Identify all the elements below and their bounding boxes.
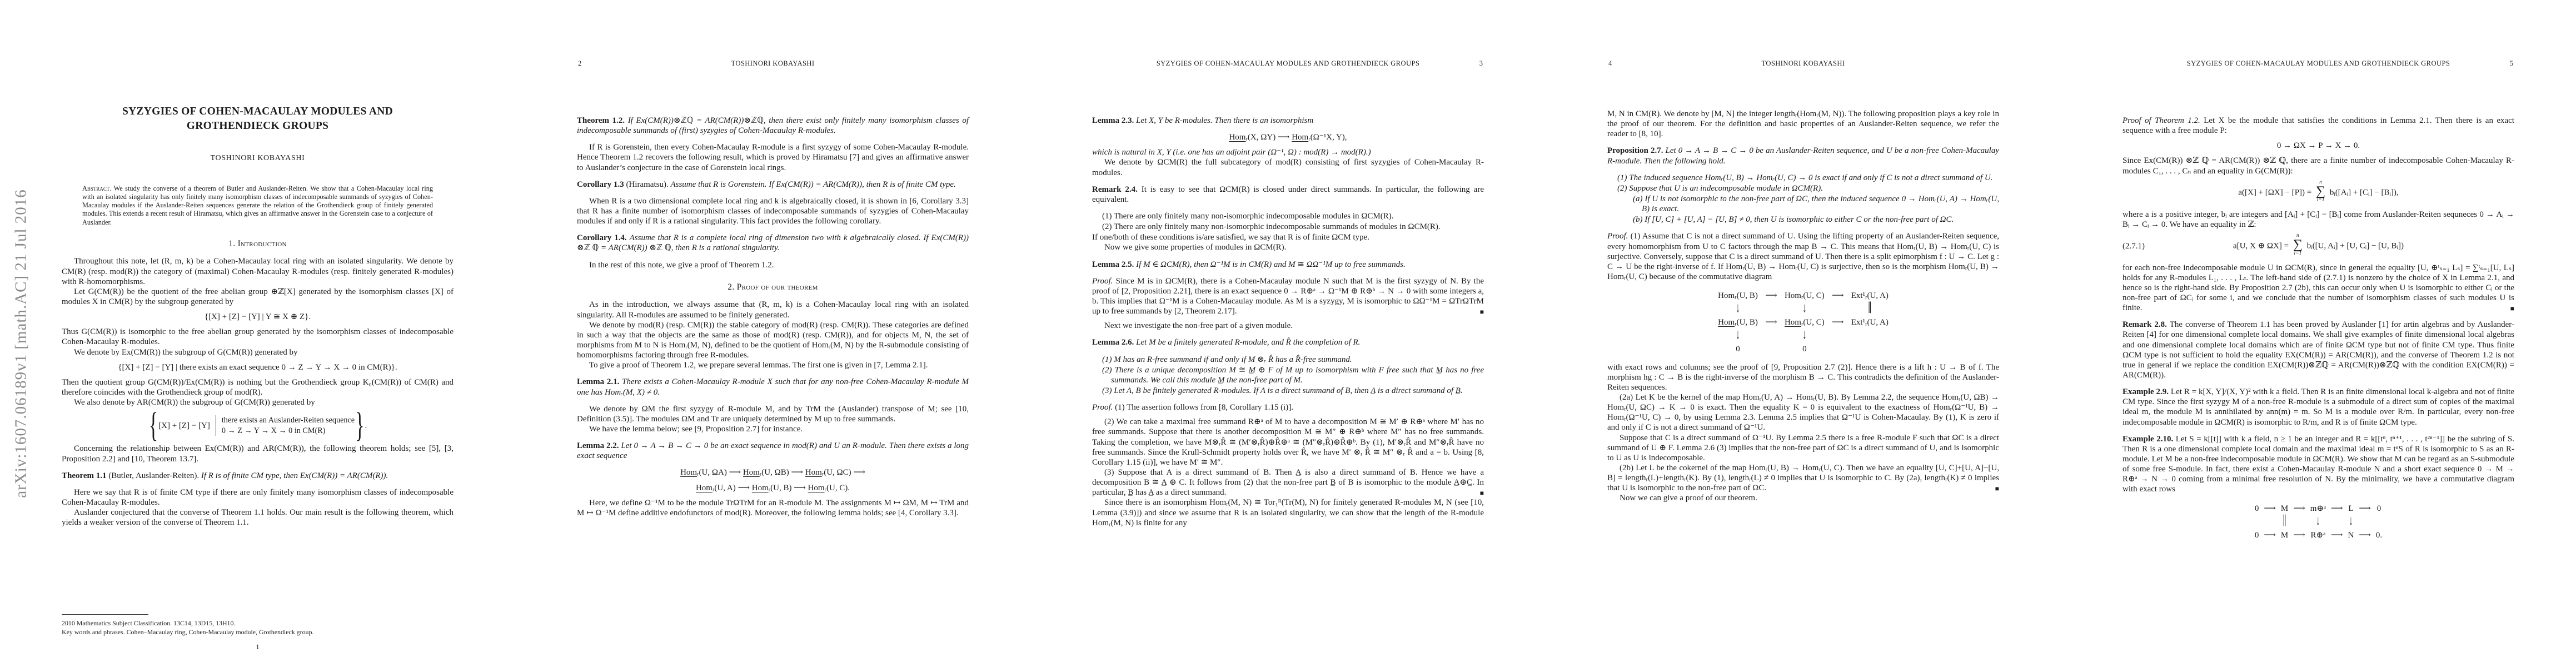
lemma-2-2: Lemma 2.2. Let 0 → A → B → C → 0 be an e… bbox=[577, 441, 969, 461]
proof-2-5: Proof. Since M is in ΩCM(R), there is a … bbox=[1092, 276, 1484, 317]
qed-symbol: ■ bbox=[1983, 485, 1999, 493]
proof-2-7: Proof. (1) Assume that C is not a direct… bbox=[1607, 231, 1999, 282]
lemma-statement: Let M be a finitely generated R-module, … bbox=[1136, 338, 1360, 347]
footnote-msc-codes: 13C14, 13D15, 13H10. bbox=[172, 619, 235, 627]
lemma-2-6: Lemma 2.6. Let M be a finitely generated… bbox=[1092, 337, 1484, 347]
proof-text: (1) Assume that C is not a direct summan… bbox=[1607, 232, 1999, 281]
proof-text: Since M is in ΩCM(R), there is a Cohen-M… bbox=[1092, 277, 1484, 316]
page-3-body: Lemma 2.3. Let X, Y be R-modules. Then t… bbox=[1092, 0, 1484, 528]
commutative-diagram: 0 ⟶ M ⟶ m⊕ᵃ ⟶ L ⟶ 0 ∥ ↓ ↓ 0 ⟶ M bbox=[2122, 504, 2514, 540]
page-5: SYZYGIES OF COHEN-MACAULAY MODULES AND G… bbox=[2061, 0, 2576, 667]
page-2-body: Theorem 1.2. If Ex(CM(R))⊗ℤℚ = AR(CM(R))… bbox=[577, 0, 969, 518]
corollary-label: Corollary 1.3 bbox=[577, 180, 624, 189]
list-item: (2) There is a unique decomposition M ≅ … bbox=[1092, 365, 1484, 385]
proof-paragraph: for each non-free indecomposable module … bbox=[2122, 263, 2514, 313]
right-arrow: ⟶ bbox=[1832, 317, 1844, 327]
list-subitem: (b) If [U, C] + [U, A] − [U, B] ≠ 0, the… bbox=[1607, 215, 1999, 225]
proof-theorem-1-2: Proof of Theorem 1.2. Let X be the modul… bbox=[2122, 116, 2514, 136]
equation-lhs: a([X] + [ΩX] − [P]) = bbox=[2238, 188, 2311, 197]
paragraph: Thus G(CM(R)) is isomorphic to the free … bbox=[62, 327, 454, 347]
proof-label: Proof. bbox=[1092, 403, 1113, 412]
right-arrow: ⟶ bbox=[1765, 317, 1777, 327]
running-header: 4 TOSHINORI KOBAYASHI bbox=[1607, 59, 1999, 69]
page-1-body: SYZYGIES OF COHEN-MACAULAY MODULES AND G… bbox=[62, 0, 454, 527]
display-equation: Homᵣ(X, ΩY) ⟶ Homᵣ(Ω⁻¹X, Y), bbox=[1092, 132, 1484, 142]
running-header: SYZYGIES OF COHEN-MACAULAY MODULES AND G… bbox=[1092, 59, 1484, 69]
paragraph: Throughout this note, let (R, m, k) be a… bbox=[62, 256, 454, 286]
diagram-cell: 0 bbox=[2255, 504, 2259, 514]
sum-lower-limit: i=1 bbox=[2317, 198, 2325, 203]
running-title: SYZYGIES OF COHEN-MACAULAY MODULES AND G… bbox=[1092, 59, 1484, 68]
proof-text: (3) Suppose that A is a direct summand o… bbox=[1092, 468, 1484, 497]
theorem-statement: If Ex(CM(R))⊗ℤℚ = AR(CM(R))⊗ℤℚ, then the… bbox=[577, 116, 969, 135]
equation-period: . bbox=[365, 421, 367, 431]
equation-condition: there exists an Auslander-Reiten sequenc… bbox=[216, 415, 355, 436]
list-item: (1) There are only finitely many non-iso… bbox=[1092, 211, 1484, 221]
section-2-heading: 2. Proof of our theorem bbox=[577, 282, 969, 293]
example-label: Example 2.9. bbox=[2122, 387, 2171, 396]
paragraph: If R is Gorenstein, then every Cohen-Mac… bbox=[577, 142, 969, 172]
running-header: 2 TOSHINORI KOBAYASHI bbox=[577, 59, 969, 69]
lemma-2-3: Lemma 2.3. Let X, Y be R-modules. Then t… bbox=[1092, 116, 1484, 126]
left-brace: { bbox=[148, 405, 158, 447]
remark-label: Remark 2.8. bbox=[2122, 320, 2170, 329]
proof-paragraph: (2b) Let L be the cokernel of the map Ho… bbox=[1607, 463, 1999, 493]
theorem-label: Theorem 1.2. bbox=[577, 116, 628, 125]
page-5-body: Proof of Theorem 1.2. Let X be the modul… bbox=[2122, 0, 2514, 540]
lemma-label: Lemma 2.6. bbox=[1092, 338, 1136, 347]
display-equation: Homᵣ(U, ΩA) ⟶ Homᵣ(U, ΩB) ⟶ Homᵣ(U, ΩC) … bbox=[577, 467, 969, 477]
equals-bar: ∥ bbox=[2283, 509, 2286, 535]
example-2-10: Example 2.10. Let S = k[[t]] with k a fi… bbox=[2122, 434, 2514, 495]
proof-paragraph: with exact rows and columns; see the pro… bbox=[1607, 362, 1999, 392]
proof-paragraph: (3) Suppose that A is a direct summand o… bbox=[1092, 467, 1484, 497]
paper-spread: arXiv:1607.06189v1 [math.AC] 21 Jul 2016… bbox=[0, 0, 2576, 667]
running-title: SYZYGIES OF COHEN-MACAULAY MODULES AND G… bbox=[2122, 59, 2514, 68]
summation: n ∑ i=1 bbox=[2316, 180, 2325, 203]
display-equation: {[X] + [Z] − [Y] | Y ≅ X ⊕ Z}. bbox=[62, 312, 454, 322]
sum-lower-limit: i=1 bbox=[2294, 251, 2302, 257]
qed-symbol: ■ bbox=[2510, 305, 2514, 313]
lemma-statement: If M ∈ ΩCM(R), then Ω⁻¹M is in CM(R) and… bbox=[1136, 260, 1406, 269]
running-header: SYZYGIES OF COHEN-MACAULAY MODULES AND G… bbox=[2122, 59, 2514, 69]
running-title: TOSHINORI KOBAYASHI bbox=[577, 59, 969, 68]
proof-text: (1) The assertion follows from [8, Corol… bbox=[1113, 403, 1293, 412]
paragraph: We denote by mod(R) (resp. CM(R)) the st… bbox=[577, 320, 969, 361]
remark-text: It is easy to see that ΩCM(R) is closed … bbox=[1092, 185, 1484, 204]
page-number: 3 bbox=[1479, 59, 1483, 68]
down-arrow: ↓ bbox=[1802, 295, 1806, 324]
right-arrow: ⟶ bbox=[1765, 291, 1777, 301]
corollary-attribution: (Hiramatsu). bbox=[624, 180, 671, 189]
paragraph: Since there is an isomorphism Homᵣ(M, N)… bbox=[1092, 497, 1484, 527]
remark-2-4: Remark 2.4. It is easy to see that ΩCM(R… bbox=[1092, 185, 1484, 205]
lemma-2-1: Lemma 2.1. There exists a Cohen-Macaulay… bbox=[577, 377, 969, 397]
example-2-9: Example 2.9. Let R = k[X, Y]/(X, Y)² wit… bbox=[2122, 387, 2514, 427]
lemma-statement: Let X, Y be R-modules. Then there is an … bbox=[1136, 116, 1313, 125]
sigma-symbol: ∑ bbox=[2316, 185, 2325, 198]
proof-label: Proof. bbox=[1092, 277, 1113, 286]
abstract-text: We study the converse of a theorem of Bu… bbox=[82, 185, 433, 226]
paragraph: Now we can give a proof of our theorem. bbox=[1607, 493, 1999, 503]
page-2: 2 TOSHINORI KOBAYASHI Theorem 1.2. If Ex… bbox=[515, 0, 1030, 667]
right-arrow: ⟶ bbox=[2293, 530, 2305, 540]
lemma-statement: There exists a Cohen-Macaulay R-module X… bbox=[577, 377, 969, 396]
paragraph: Here, we define Ω⁻¹M to be the module Tr… bbox=[577, 498, 969, 518]
display-equation-braced: { [X] + [Z] − [Y] there exists an Auslan… bbox=[62, 414, 454, 437]
abstract-label: Abstract. bbox=[82, 185, 111, 192]
theorem-label: Theorem 1.1 bbox=[62, 471, 107, 480]
display-equation: 0 → ΩX → P → X → 0. bbox=[2122, 141, 2514, 151]
running-title: TOSHINORI KOBAYASHI bbox=[1607, 59, 1999, 68]
paragraph: We have the lemma below; see [9, Proposi… bbox=[577, 424, 969, 434]
lemma-continuation: which is natural in X, Y (i.e. one has a… bbox=[1092, 147, 1484, 157]
proof-text: (2b) Let L be the cokernel of the map Ho… bbox=[1607, 464, 1999, 492]
down-arrow: ↓ bbox=[1736, 295, 1740, 324]
example-label: Example 2.10. bbox=[2122, 435, 2176, 444]
display-equation: {[X] + [Z] − [Y] | there exists an exact… bbox=[62, 362, 454, 372]
paragraph: where a is a positive integer, bᵢ are in… bbox=[2122, 210, 2514, 230]
footnote-msc-label: 2010 Mathematics Subject Classification. bbox=[62, 619, 172, 627]
equation-lhs: a[U, X ⊕ ΩX] = bbox=[2233, 241, 2289, 250]
theorem-1-2: Theorem 1.2. If Ex(CM(R))⊗ℤℚ = AR(CM(R))… bbox=[577, 116, 969, 136]
display-equation-numbered: (2.7.1) a[U, X ⊕ ΩX] = n ∑ i=1 bᵢ([U, Aᵢ… bbox=[2122, 235, 2514, 258]
equals-bar: ∥ bbox=[1868, 296, 1871, 322]
remark-text: The converse of Theorem 1.1 has been pro… bbox=[2122, 320, 2514, 380]
display-equation: Homᵣ(U, A) ⟶ Homᵣ(U, B) ⟶ Homᵣ(U, C). bbox=[577, 483, 969, 493]
proposition-statement: Let 0 → A → B → C → 0 be an Auslander-Re… bbox=[1607, 146, 1999, 165]
commutative-diagram: Homᵣ(U, B) ⟶ Homᵣ(U, C) ⟶ Ext¹ᵣ(U, A) ↓ … bbox=[1607, 291, 1999, 354]
equation-lhs: [X] + [Z] − [Y] bbox=[158, 421, 210, 431]
right-arrow: ⟶ bbox=[2331, 530, 2343, 540]
paragraph: We denote by ΩCM(R) the full subcategory… bbox=[1092, 157, 1484, 177]
right-arrow: ⟶ bbox=[2264, 504, 2276, 514]
paragraph: M, N in CM(R). We denote by [M, N] the i… bbox=[1607, 109, 1999, 139]
list-item: (2) Suppose that U is an indecomposable … bbox=[1607, 183, 1999, 193]
qed-symbol: ■ bbox=[1480, 308, 1484, 316]
right-arrow: ⟶ bbox=[1832, 291, 1844, 301]
paragraph: When R is a two dimensional complete loc… bbox=[577, 196, 969, 226]
theorem-1-1: Theorem 1.1 (Butler, Auslander-Reiten). … bbox=[62, 471, 454, 481]
page-3: SYZYGIES OF COHEN-MACAULAY MODULES AND G… bbox=[1030, 0, 1546, 667]
corollary-1-4: Corollary 1.4. Assume that R is a comple… bbox=[577, 233, 969, 253]
section-1-heading: 1. Introduction bbox=[62, 239, 454, 250]
condition-line-2: 0 → Z → Y → X → 0 in CM(R) bbox=[222, 426, 355, 436]
display-equation-sum: a([X] + [ΩX] − [P]) = n ∑ i=1 bᵢ([Aᵢ] + … bbox=[2122, 181, 2514, 205]
theorem-statement: If R is of finite CM type, then Ex(CM(R)… bbox=[201, 471, 388, 480]
paragraph: We denote by Ex(CM(R)) the subgroup of G… bbox=[62, 347, 454, 357]
proof-2-6: Proof. (1) The assertion follows from [8… bbox=[1092, 402, 1484, 412]
paper-title: SYZYGIES OF COHEN-MACAULAY MODULES AND G… bbox=[91, 104, 425, 134]
paragraph: As in the introduction, we always assume… bbox=[577, 300, 969, 320]
footnote-keywords-text: Cohen–Macaulay ring, Cohen-Macaulay modu… bbox=[125, 628, 314, 636]
paragraph: Concerning the relationship between Ex(C… bbox=[62, 444, 454, 464]
theorem-attribution: (Butler, Auslander-Reiten). bbox=[107, 471, 201, 480]
lemma-label: Lemma 2.5. bbox=[1092, 260, 1136, 269]
right-arrow: ⟶ bbox=[2359, 504, 2371, 514]
paragraph: Next we investigate the non-free part of… bbox=[1092, 321, 1484, 331]
proof-paragraph: (2) We can take a maximal free summand R… bbox=[1092, 417, 1484, 467]
remark-2-8: Remark 2.8. The converse of Theorem 1.1 … bbox=[2122, 320, 2514, 380]
summation: n ∑ i=1 bbox=[2293, 233, 2303, 257]
page-1: SYZYGIES OF COHEN-MACAULAY MODULES AND G… bbox=[0, 0, 515, 667]
diagram-cell: 0 bbox=[2377, 504, 2381, 514]
footnote-rule bbox=[62, 614, 148, 615]
lemma-statement: Let 0 → A → B → C → 0 be an exact sequen… bbox=[577, 441, 969, 460]
lemma-label: Lemma 2.2. bbox=[577, 441, 621, 450]
example-text: Let R = k[X, Y]/(X, Y)² with k a field. … bbox=[2122, 387, 2514, 426]
list-item: (1) M has an R-free summand if and only … bbox=[1092, 355, 1484, 365]
paragraph: Now we give some properties of modules i… bbox=[1092, 242, 1484, 252]
equation-rhs: bᵢ([U, Aᵢ] + [U, Cᵢ] − [U, Bᵢ]) bbox=[2307, 241, 2404, 250]
qed-symbol: ■ bbox=[1468, 489, 1484, 497]
down-arrow: ↓ bbox=[2316, 507, 2320, 536]
equation-tag: (2.7.1) bbox=[2122, 241, 2145, 251]
paragraph: Here we say that R is of finite CM type … bbox=[62, 487, 454, 507]
paragraph: We denote by ΩM the first syzygy of R-mo… bbox=[577, 404, 969, 424]
page-number: 1 bbox=[0, 643, 515, 651]
footnote-msc: 2010 Mathematics Subject Classification.… bbox=[62, 619, 454, 628]
proposition-2-7: Proposition 2.7. Let 0 → A → B → C → 0 b… bbox=[1607, 146, 1999, 166]
right-arrow: ⟶ bbox=[2264, 530, 2276, 540]
paragraph: Since Ex(CM(R)) ⊗ℤ ℚ = AR(CM(R)) ⊗ℤ ℚ, t… bbox=[2122, 156, 2514, 176]
proof-text: for each non-free indecomposable module … bbox=[2122, 263, 2514, 313]
paragraph: If one/both of these conditions is/are s… bbox=[1092, 232, 1484, 242]
down-arrow: ↓ bbox=[1802, 321, 1806, 351]
footnote-block: 2010 Mathematics Subject Classification.… bbox=[62, 614, 454, 637]
paragraph: Auslander conjectured that the converse … bbox=[62, 507, 454, 527]
abstract: Abstract. We study the converse of a the… bbox=[62, 185, 454, 227]
page-4: 4 TOSHINORI KOBAYASHI M, N in CM(R). We … bbox=[1546, 0, 2061, 667]
right-brace: } bbox=[355, 405, 365, 447]
diagram-cell: 0 bbox=[2255, 530, 2259, 540]
page-number: 5 bbox=[2510, 59, 2513, 68]
diagram-cell: 0. bbox=[2376, 530, 2382, 540]
footnote-keywords: Key words and phrases. Cohen–Macaulay ri… bbox=[62, 628, 454, 637]
proof-label: Proof. bbox=[1607, 232, 1628, 241]
example-text: Let S = k[[t]] with k a field, n ≥ 1 be … bbox=[2122, 435, 2514, 494]
lemma-label: Lemma 2.1. bbox=[577, 377, 622, 386]
proposition-label: Proposition 2.7. bbox=[1607, 146, 1666, 155]
remark-label: Remark 2.4. bbox=[1092, 185, 1142, 194]
list-item: (2) There are only finitely many non-iso… bbox=[1092, 222, 1484, 232]
corollary-1-3: Corollary 1.3 (Hiramatsu). Assume that R… bbox=[577, 180, 969, 190]
down-arrow: ↓ bbox=[1736, 321, 1740, 351]
right-arrow: ⟶ bbox=[2359, 530, 2371, 540]
corollary-label: Corollary 1.4. bbox=[577, 233, 630, 242]
corollary-statement: Assume that R is Gorenstein. If Ex(CM(R)… bbox=[670, 180, 955, 189]
list-subitem: (a) If U is not isomorphic to the non-fr… bbox=[1607, 194, 1999, 214]
lemma-label: Lemma 2.3. bbox=[1092, 116, 1136, 125]
sigma-symbol: ∑ bbox=[2293, 238, 2303, 251]
right-arrow: ⟶ bbox=[2293, 504, 2305, 514]
proof-paragraph: Suppose that C is a direct summand of Ω⁻… bbox=[1607, 433, 1999, 463]
paper-author: TOSHINORI KOBAYASHI bbox=[62, 154, 454, 163]
condition-line-1: there exists an Auslander-Reiten sequenc… bbox=[222, 415, 355, 425]
proof-label: Proof of Theorem 1.2. bbox=[2122, 116, 2200, 125]
paragraph: In the rest of this note, we give a proo… bbox=[577, 260, 969, 270]
down-arrow: ↓ bbox=[2349, 507, 2353, 536]
page-4-body: M, N in CM(R). We denote by [M, N] the i… bbox=[1607, 0, 1999, 504]
corollary-statement: Assume that R is a complete local ring o… bbox=[577, 233, 969, 252]
paragraph: Let G(CM(R)) be the quotient of the free… bbox=[62, 287, 454, 307]
paragraph: We also denote by AR(CM(R)) the subgroup… bbox=[62, 397, 454, 407]
list-item: (1) The induced sequence Homᵣ(U, B) → Ho… bbox=[1607, 173, 1999, 183]
footnote-keywords-label: Key words and phrases. bbox=[62, 628, 125, 636]
list-item: (3) Let A, B be finitely generated R-mod… bbox=[1092, 386, 1484, 396]
right-arrow: ⟶ bbox=[2331, 504, 2343, 514]
paragraph: To give a proof of Theorem 1.2, we prepa… bbox=[577, 360, 969, 370]
paragraph: Then the quotient group G(CM(R))/Ex(CM(R… bbox=[62, 377, 454, 397]
proof-paragraph: (2a) Let K be the kernel of the map Homᵣ… bbox=[1607, 392, 1999, 433]
equation-rhs: bᵢ([Aᵢ] + [Cᵢ] − [Bᵢ]), bbox=[2330, 188, 2399, 197]
lemma-2-5: Lemma 2.5. If M ∈ ΩCM(R), then Ω⁻¹M is i… bbox=[1092, 260, 1484, 270]
